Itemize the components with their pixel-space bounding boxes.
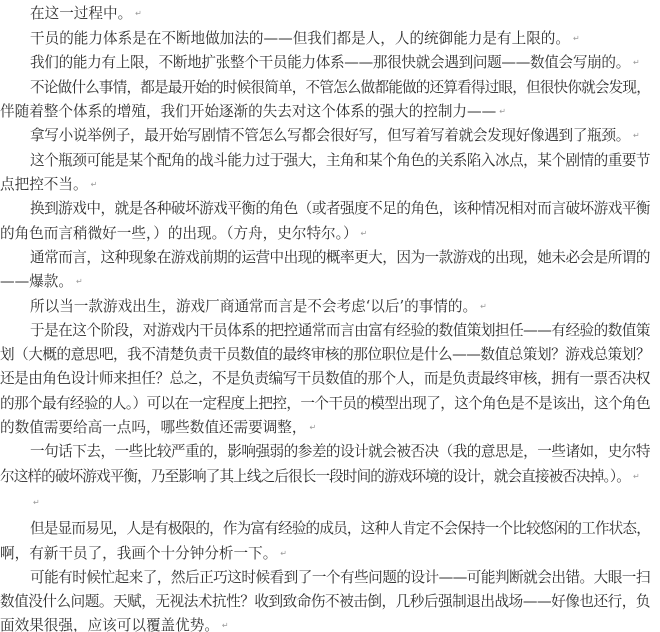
text-line: 数值没什么问题。天赋，无视法术抗性？收到致命伤不被击倒，几秒后强制退出战场——好… (0, 592, 650, 612)
text-line: ↵ (30, 493, 40, 513)
text-line: 拿写小说举例子，最开始写剧情不管怎么写都会很好写，但写着写着就会发现好像遇到了瓶… (30, 126, 640, 146)
text-line: 点把控不当。↵ (0, 175, 97, 195)
text-line: ——爆款。↵ (0, 272, 83, 292)
text-line: 我们的能力有上限，不断地扩张整个干员能力体系——那很快就会遇到问题——数值会写崩… (30, 53, 640, 73)
line-text: 可能有时候忙起来了，然后正巧这时候看到了一个有些问题的设计——可能判断就会出错。… (30, 569, 650, 586)
paragraph-mark-icon: ↵ (499, 102, 506, 122)
paragraph-mark-icon: ↵ (33, 493, 40, 513)
line-text: 这个瓶颈可能是某个配角的战斗能力过于强大，主角和某个角色的关系陷入冰点，某个剧情… (30, 152, 650, 169)
paragraph-mark-icon: ↵ (222, 616, 229, 632)
text-line: 啊，有新干员了，我画个十分钟分析一下。↵ (0, 544, 287, 564)
line-text: 的数值需要给高一点吗，哪些数值还需要调整， (0, 419, 306, 436)
paragraph-mark-icon: ↵ (76, 272, 83, 292)
paragraph-mark-icon: ↵ (91, 175, 98, 195)
line-text: 数值没什么问题。天赋，无视法术抗性？收到致命伤不被击倒，几秒后强制退出战场——好… (0, 593, 650, 610)
line-text: 所以当一款游戏出生，游戏厂商通常而言是不会考虑‘以后’的事情的。 (30, 298, 477, 315)
paragraph-mark-icon: ↵ (633, 53, 640, 73)
paragraph-mark-icon: ↵ (480, 297, 487, 317)
text-line: 但是显而易见，人是有极限的，作为富有经验的成员，这种人肯定不会保持一个比较悠闲的… (30, 519, 650, 539)
line-text: 的那个最有经验的人。）可以在一定程度上把控，一个干员的模型出现了，这个角色是不是… (0, 395, 650, 412)
line-text: 伴随着整个体系的增殖，我们开始逐渐的失去对这个体系的强大的控制力—— (0, 103, 496, 120)
line-text: 还是由角色设计师来担任？总之，不是负责编写干员数值的那个人，而是负责最终审核，拥… (0, 370, 650, 387)
line-text: 面效果很强，应该可以覆盖优势。 (0, 617, 219, 632)
line-text: 在这一过程中。 (30, 5, 132, 22)
text-line: 于是在这个阶段，对游戏内干员体系的把控通常而言由富有经验的数值策划担任——有经验… (30, 321, 650, 341)
text-line: 的那个最有经验的人。）可以在一定程度上把控，一个干员的模型出现了，这个角色是不是… (0, 394, 650, 414)
line-text: 于是在这个阶段，对游戏内干员体系的把控通常而言由富有经验的数值策划担任——有经验… (30, 322, 650, 339)
document-page: 在这一过程中。↵干员的能力体系是在不断地做加法的——但我们都是人，人的统御能力是… (0, 0, 660, 632)
line-text: 但是显而易见，人是有极限的，作为富有经验的成员，这种人肯定不会保持一个比较悠闲的… (30, 520, 650, 537)
paragraph-mark-icon: ↵ (280, 544, 287, 564)
line-text: 拿写小说举例子，最开始写剧情不管怎么写都会很好写，但写着写着就会发现好像遇到了瓶… (30, 127, 630, 144)
text-line: 通常而言，这种现象在游戏前期的运营中出现的概率更大，因为一款游戏的出现，她未必会… (30, 248, 650, 268)
text-line: 还是由角色设计师来担任？总之，不是负责编写干员数值的那个人，而是负责最终审核，拥… (0, 369, 650, 389)
text-line: 尔这样的破坏游戏平衡，乃至影响了其上线之后很长一段时间的游戏环境的设计，就会直接… (0, 467, 640, 487)
text-line: 换到游戏中，就是各种破坏游戏平衡的角色（或者强度不足的角色，该种情况相对而言破坏… (30, 199, 650, 219)
text-line: 不论做什么事情，都是最开始的时候很简单，不管怎么做都能做的还算看得过眼，但很快你… (30, 78, 650, 98)
paragraph-mark-icon: ↵ (309, 418, 316, 438)
paragraph-mark-icon: ↵ (135, 4, 142, 24)
paragraph-mark-icon: ↵ (361, 224, 368, 244)
text-line: 这个瓶颈可能是某个配角的战斗能力过于强大，主角和某个角色的关系陷入冰点，某个剧情… (30, 151, 650, 171)
line-text: 干员的能力体系是在不断地做加法的——但我们都是人，人的统御能力是有上限的。 (30, 30, 570, 47)
text-line: 所以当一款游戏出生，游戏厂商通常而言是不会考虑‘以后’的事情的。↵ (30, 297, 487, 317)
paragraph-mark-icon: ↵ (633, 126, 640, 146)
paragraph-mark-icon: ↵ (573, 29, 580, 49)
line-text: 不论做什么事情，都是最开始的时候很简单，不管怎么做都能做的还算看得过眼，但很快你… (30, 79, 650, 96)
line-text: 尔这样的破坏游戏平衡，乃至影响了其上线之后很长一段时间的游戏环境的设计，就会直接… (0, 468, 630, 485)
line-text: 划（大概的意思吧，我不清楚负责干员数值的最终审核的那位职位是什么——数值总策划？… (0, 346, 650, 363)
line-text: 通常而言，这种现象在游戏前期的运营中出现的概率更大，因为一款游戏的出现，她未必会… (30, 249, 650, 266)
line-text: 的角色而言稍微好一些，）的出现。（方舟，史尔特尔。） (0, 225, 358, 242)
text-line: 的角色而言稍微好一些，）的出现。（方舟，史尔特尔。）↵ (0, 224, 367, 244)
paragraph-mark-icon: ↵ (633, 467, 640, 487)
line-text: 点把控不当。 (0, 176, 88, 193)
line-text: 我们的能力有上限，不断地扩张整个干员能力体系——那很快就会遇到问题——数值会写崩… (30, 54, 630, 71)
text-line: 划（大概的意思吧，我不清楚负责干员数值的最终审核的那位职位是什么——数值总策划？… (0, 345, 650, 365)
text-line: 干员的能力体系是在不断地做加法的——但我们都是人，人的统御能力是有上限的。↵ (30, 29, 580, 49)
text-line: 可能有时候忙起来了，然后正巧这时候看到了一个有些问题的设计——可能判断就会出错。… (30, 568, 650, 588)
line-text: 换到游戏中，就是各种破坏游戏平衡的角色（或者强度不足的角色，该种情况相对而言破坏… (30, 200, 650, 217)
line-text: 一句话下去，一些比较严重的，影响强弱的参差的设计就会被否决（我的意思是，一些诸如… (30, 443, 650, 460)
text-line: 面效果很强，应该可以覆盖优势。↵ (0, 616, 229, 632)
text-line: 在这一过程中。↵ (30, 4, 142, 24)
text-line: 的数值需要给高一点吗，哪些数值还需要调整，↵ (0, 418, 316, 438)
line-text: ——爆款。 (0, 273, 73, 290)
line-text: 啊，有新干员了，我画个十分钟分析一下。 (0, 545, 277, 562)
text-line: 伴随着整个体系的增殖，我们开始逐渐的失去对这个体系的强大的控制力——↵ (0, 102, 506, 122)
text-line: 一句话下去，一些比较严重的，影响强弱的参差的设计就会被否决（我的意思是，一些诸如… (30, 442, 650, 462)
